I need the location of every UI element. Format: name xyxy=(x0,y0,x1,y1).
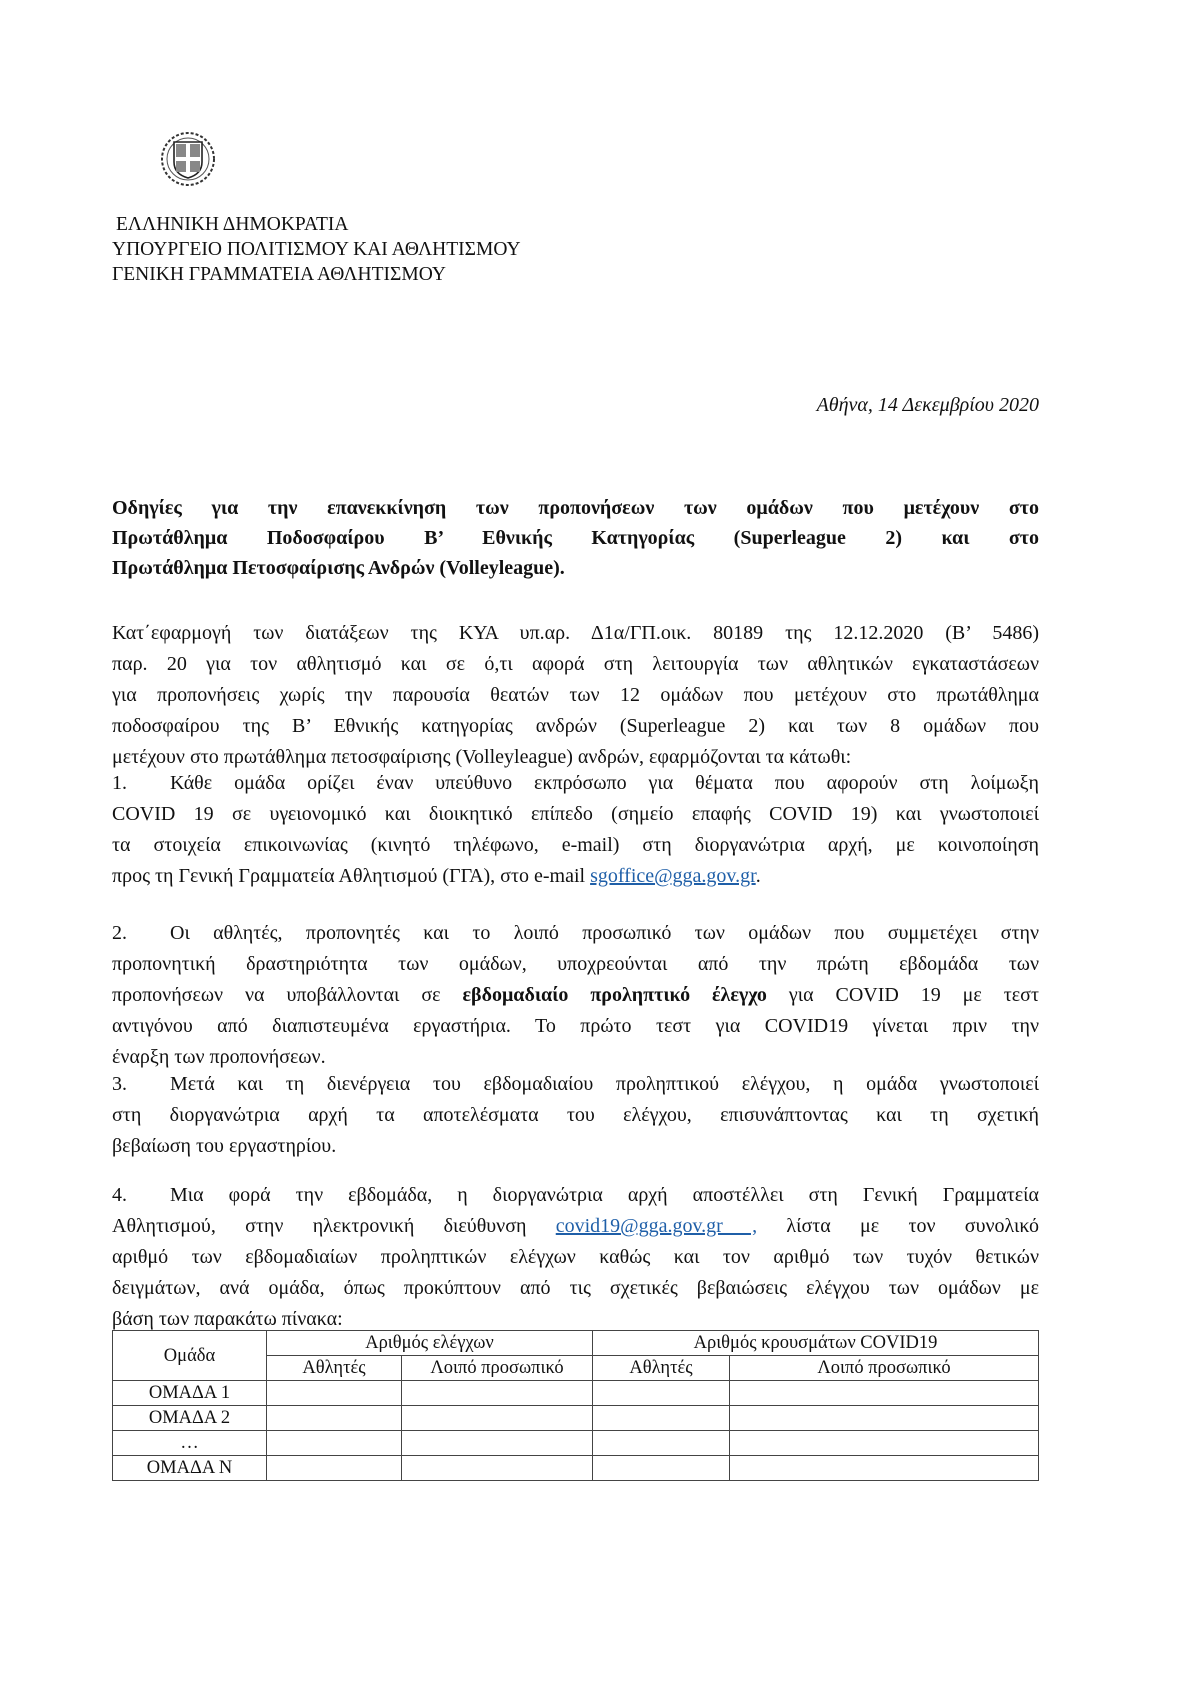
table-row: … xyxy=(113,1431,1039,1456)
data-cell xyxy=(402,1406,593,1431)
team-cell: ΟΜΑΔΑ 1 xyxy=(113,1381,267,1406)
document-title: Οδηγίες για την επανεκκίνηση των προπονή… xyxy=(112,493,1039,583)
text-line: τα στοιχεία επικοινωνίας (κινητό τηλέφων… xyxy=(112,830,1039,861)
data-cell xyxy=(267,1431,402,1456)
header-line: ΥΠΟΥΡΓΕΙΟ ΠΟΛΙΤΙΣΜΟΥ ΚΑΙ ΑΘΛΗΤΙΣΜΟΥ xyxy=(112,237,521,262)
text-line: Οι αθλητές, προπονητές και το λοιπό προσ… xyxy=(170,922,1039,944)
table-row: ΟΜΑΔΑ 1 xyxy=(113,1381,1039,1406)
email-link-covid19[interactable]: covid19@gga.gov.gr , xyxy=(556,1215,757,1237)
data-cell xyxy=(593,1381,730,1406)
column-header-team: Ομάδα xyxy=(113,1331,267,1381)
text-line: COVID 19 σε υγειονομικό και διοικητικό ε… xyxy=(112,799,1039,830)
item-number: 2. xyxy=(112,918,170,949)
data-cell xyxy=(402,1381,593,1406)
text-line: αριθμό των εβδομαδιαίων προληπτικών ελέγ… xyxy=(112,1242,1039,1273)
list-item: 1.Κάθε ομάδα ορίζει έναν υπεύθυνο εκπρόσ… xyxy=(112,768,1039,892)
item-number: 3. xyxy=(112,1069,170,1100)
intro-paragraph: Κατ΄εφαρμογή των διατάξεων της ΚΥΑ υπ.αρ… xyxy=(112,618,1039,773)
data-cell xyxy=(267,1406,402,1431)
column-group-tests: Αριθμός ελέγχων xyxy=(267,1331,593,1356)
data-cell xyxy=(730,1381,1039,1406)
column-header: Αθλητές xyxy=(267,1356,402,1381)
data-cell xyxy=(730,1406,1039,1431)
text-line: προς τη Γενική Γραμματεία Αθλητισμού (ΓΓ… xyxy=(112,865,590,887)
data-cell xyxy=(267,1381,402,1406)
title-line: Πρωτάθλημα Ποδοσφαίρου Β’ Εθνικής Κατηγο… xyxy=(112,523,1039,553)
text-line: ποδοσφαίρου της Β’ Εθνικής κατηγορίας αν… xyxy=(112,711,1039,742)
column-header: Λοιπό προσωπικό xyxy=(730,1356,1039,1381)
text-line: για προπονήσεις χωρίς την παρουσία θεατώ… xyxy=(112,680,1039,711)
text-line: βεβαίωση του εργαστηρίου. xyxy=(112,1131,1039,1162)
text-line: Μετά και τη διενέργεια του εβδομαδιαίου … xyxy=(170,1073,1039,1095)
data-cell xyxy=(730,1431,1039,1456)
header-line: ΕΛΛΗΝΙΚΗ ΔΗΜΟΚΡΑΤΙΑ xyxy=(112,212,521,237)
data-cell xyxy=(730,1456,1039,1481)
text-line: προπονητική δραστηριότητα των ομάδων, υπ… xyxy=(112,949,1039,980)
data-cell xyxy=(402,1456,593,1481)
text-line: Κάθε ομάδα ορίζει έναν υπεύθυνο εκπρόσωπ… xyxy=(170,772,1039,794)
item-number: 1. xyxy=(112,768,170,799)
list-item: 4.Μια φορά την εβδομάδα, η διοργανώτρια … xyxy=(112,1180,1039,1335)
title-line: Οδηγίες για την επανεκκίνηση των προπονή… xyxy=(112,493,1039,523)
table-row: ΟΜΑΔΑ Ν xyxy=(113,1456,1039,1481)
table-row: ΟΜΑΔΑ 2 xyxy=(113,1406,1039,1431)
title-line: Πρωτάθλημα Πετοσφαίρισης Ανδρών (Volleyl… xyxy=(112,553,1039,583)
tests-table: Ομάδα Αριθμός ελέγχων Αριθμός κρουσμάτων… xyxy=(112,1330,1039,1481)
list-item: 3.Μετά και τη διενέργεια του εβδομαδιαίο… xyxy=(112,1069,1039,1162)
text-line: στη διοργανώτρια αρχή τα αποτελέσματα το… xyxy=(112,1100,1039,1131)
emphasis-text: εβδομαδιαίο προληπτικό έλεγχο xyxy=(462,984,766,1006)
greek-coat-of-arms-icon xyxy=(158,128,218,190)
data-cell xyxy=(267,1456,402,1481)
team-cell: ΟΜΑΔΑ Ν xyxy=(113,1456,267,1481)
text-line: παρ. 20 για τον αθλητισμό και σε ό,τι αφ… xyxy=(112,649,1039,680)
issuer-header: ΕΛΛΗΝΙΚΗ ΔΗΜΟΚΡΑΤΙΑ ΥΠΟΥΡΓΕΙΟ ΠΟΛΙΤΙΣΜΟΥ… xyxy=(112,212,521,287)
list-item: 2.Οι αθλητές, προπονητές και το λοιπό πρ… xyxy=(112,918,1039,1073)
text-line: Μια φορά την εβδομάδα, η διοργανώτρια αρ… xyxy=(170,1184,1039,1206)
data-cell xyxy=(593,1431,730,1456)
team-cell: … xyxy=(113,1431,267,1456)
text-line: δειγμάτων, ανά ομάδα, όπως προκύπτουν απ… xyxy=(112,1273,1039,1304)
data-cell xyxy=(593,1456,730,1481)
text-line: Κατ΄εφαρμογή των διατάξεων της ΚΥΑ υπ.αρ… xyxy=(112,618,1039,649)
document-date: Αθήνα, 14 Δεκεμβρίου 2020 xyxy=(817,394,1039,417)
team-cell: ΟΜΑΔΑ 2 xyxy=(113,1406,267,1431)
text-line: αντιγόνου από διαπιστευμένα εργαστήρια. … xyxy=(112,1011,1039,1042)
data-cell xyxy=(402,1431,593,1456)
header-line: ΓΕΝΙΚΗ ΓΡΑΜΜΑΤΕΙΑ ΑΘΛΗΤΙΣΜΟΥ xyxy=(112,262,521,287)
column-header: Λοιπό προσωπικό xyxy=(402,1356,593,1381)
column-group-cases: Αριθμός κρουσμάτων COVID19 xyxy=(593,1331,1039,1356)
item-number: 4. xyxy=(112,1180,170,1211)
column-header: Αθλητές xyxy=(593,1356,730,1381)
data-cell xyxy=(593,1406,730,1431)
email-link-sgoffice[interactable]: sgoffice@gga.gov.gr xyxy=(590,865,756,887)
